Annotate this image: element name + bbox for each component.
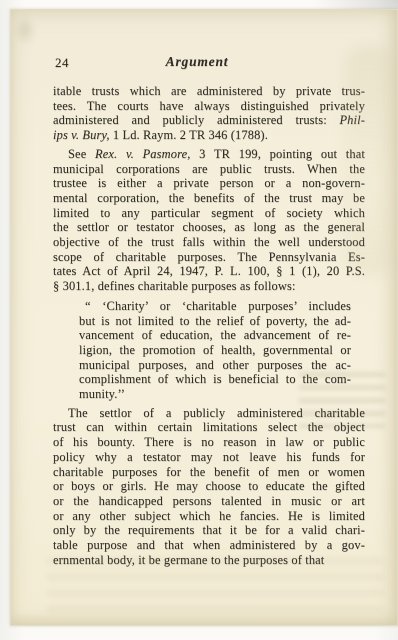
text-line: trust can within certain limitations sel… [53,420,365,435]
paragraph-see-rex: See Rex. v. Pasmore, 3 TR 199, pointing … [53,147,365,294]
text-line: policy why a testator may not leave his … [53,450,365,465]
page-number: 24 [55,55,69,71]
text-line: vancement of education, the advancement … [79,328,351,343]
text-line: only by the requirements that it be for … [53,523,365,538]
book-page: 24 Argument itable trusts which are admi… [10,9,398,626]
paragraph-itable-trusts: itable trusts which are administered by … [53,84,365,143]
text-line: ips v. Bury, 1 Ld. Raym. 2 TR 346 (1788)… [53,128,365,143]
text-line: municipal corporations are public trusts… [53,162,365,177]
text-line: or any other subject which he fancies. H… [53,509,365,524]
blockquote-charity-definition: “ ‘Charity’ or ‘charitable purposes’ inc… [79,299,351,402]
text-line: § 301.1, defines charitable purposes as … [53,279,365,294]
text-line: charitable purposes for the benefit of m… [53,465,365,480]
text-line: munity.’’ [79,387,351,402]
scan-background: 24 Argument itable trusts which are admi… [0,0,398,640]
text-line: municipal purposes, and other purposes t… [79,358,351,373]
text-line: complishment of which is beneficial to t… [79,372,351,387]
text-line: administered and publicly administered t… [53,113,365,128]
text-line: tates Act of April 24, 1947, P. L. 100, … [53,264,365,279]
text-line: the settlor or testator chooses, as long… [53,220,365,235]
text-line: of his bounty. There is no reason in law… [53,435,365,450]
text-line: “ ‘Charity’ or ‘charitable purposes’ inc… [79,299,351,314]
text-line: tees. The courts have always distinguish… [53,99,365,114]
page-header: 24 Argument [53,54,365,71]
running-head: Argument [53,54,365,70]
text-line: itable trusts which are administered by … [53,84,365,99]
text-line: objective of the trust falls within the … [53,235,365,250]
text-line: table purpose and that when administered… [53,538,365,553]
text-line: limited to any particular segment of soc… [53,206,365,221]
text-line: See Rex. v. Pasmore, 3 TR 199, pointing … [53,147,365,162]
text-line: The settlor of a publicly administered c… [53,406,365,421]
text-line: ernmental body, it be germane to the pur… [53,553,365,568]
text-line: or the handicapped persons talented in m… [53,494,365,509]
page-body: itable trusts which are administered by … [53,84,365,568]
text-line: scope of charitable purposes. The Pennsy… [53,250,365,265]
text-line: trustee is either a private person or a … [53,176,365,191]
text-line: ligion, the promotion of health, governm… [79,343,351,358]
text-line: but is not limited to the relief of pove… [79,314,351,329]
text-line: or boys or girls. He may choose to educa… [53,479,365,494]
paragraph-the-settlor: The settlor of a publicly administered c… [53,406,365,568]
text-line: mental corporation, the benefits of the … [53,191,365,206]
